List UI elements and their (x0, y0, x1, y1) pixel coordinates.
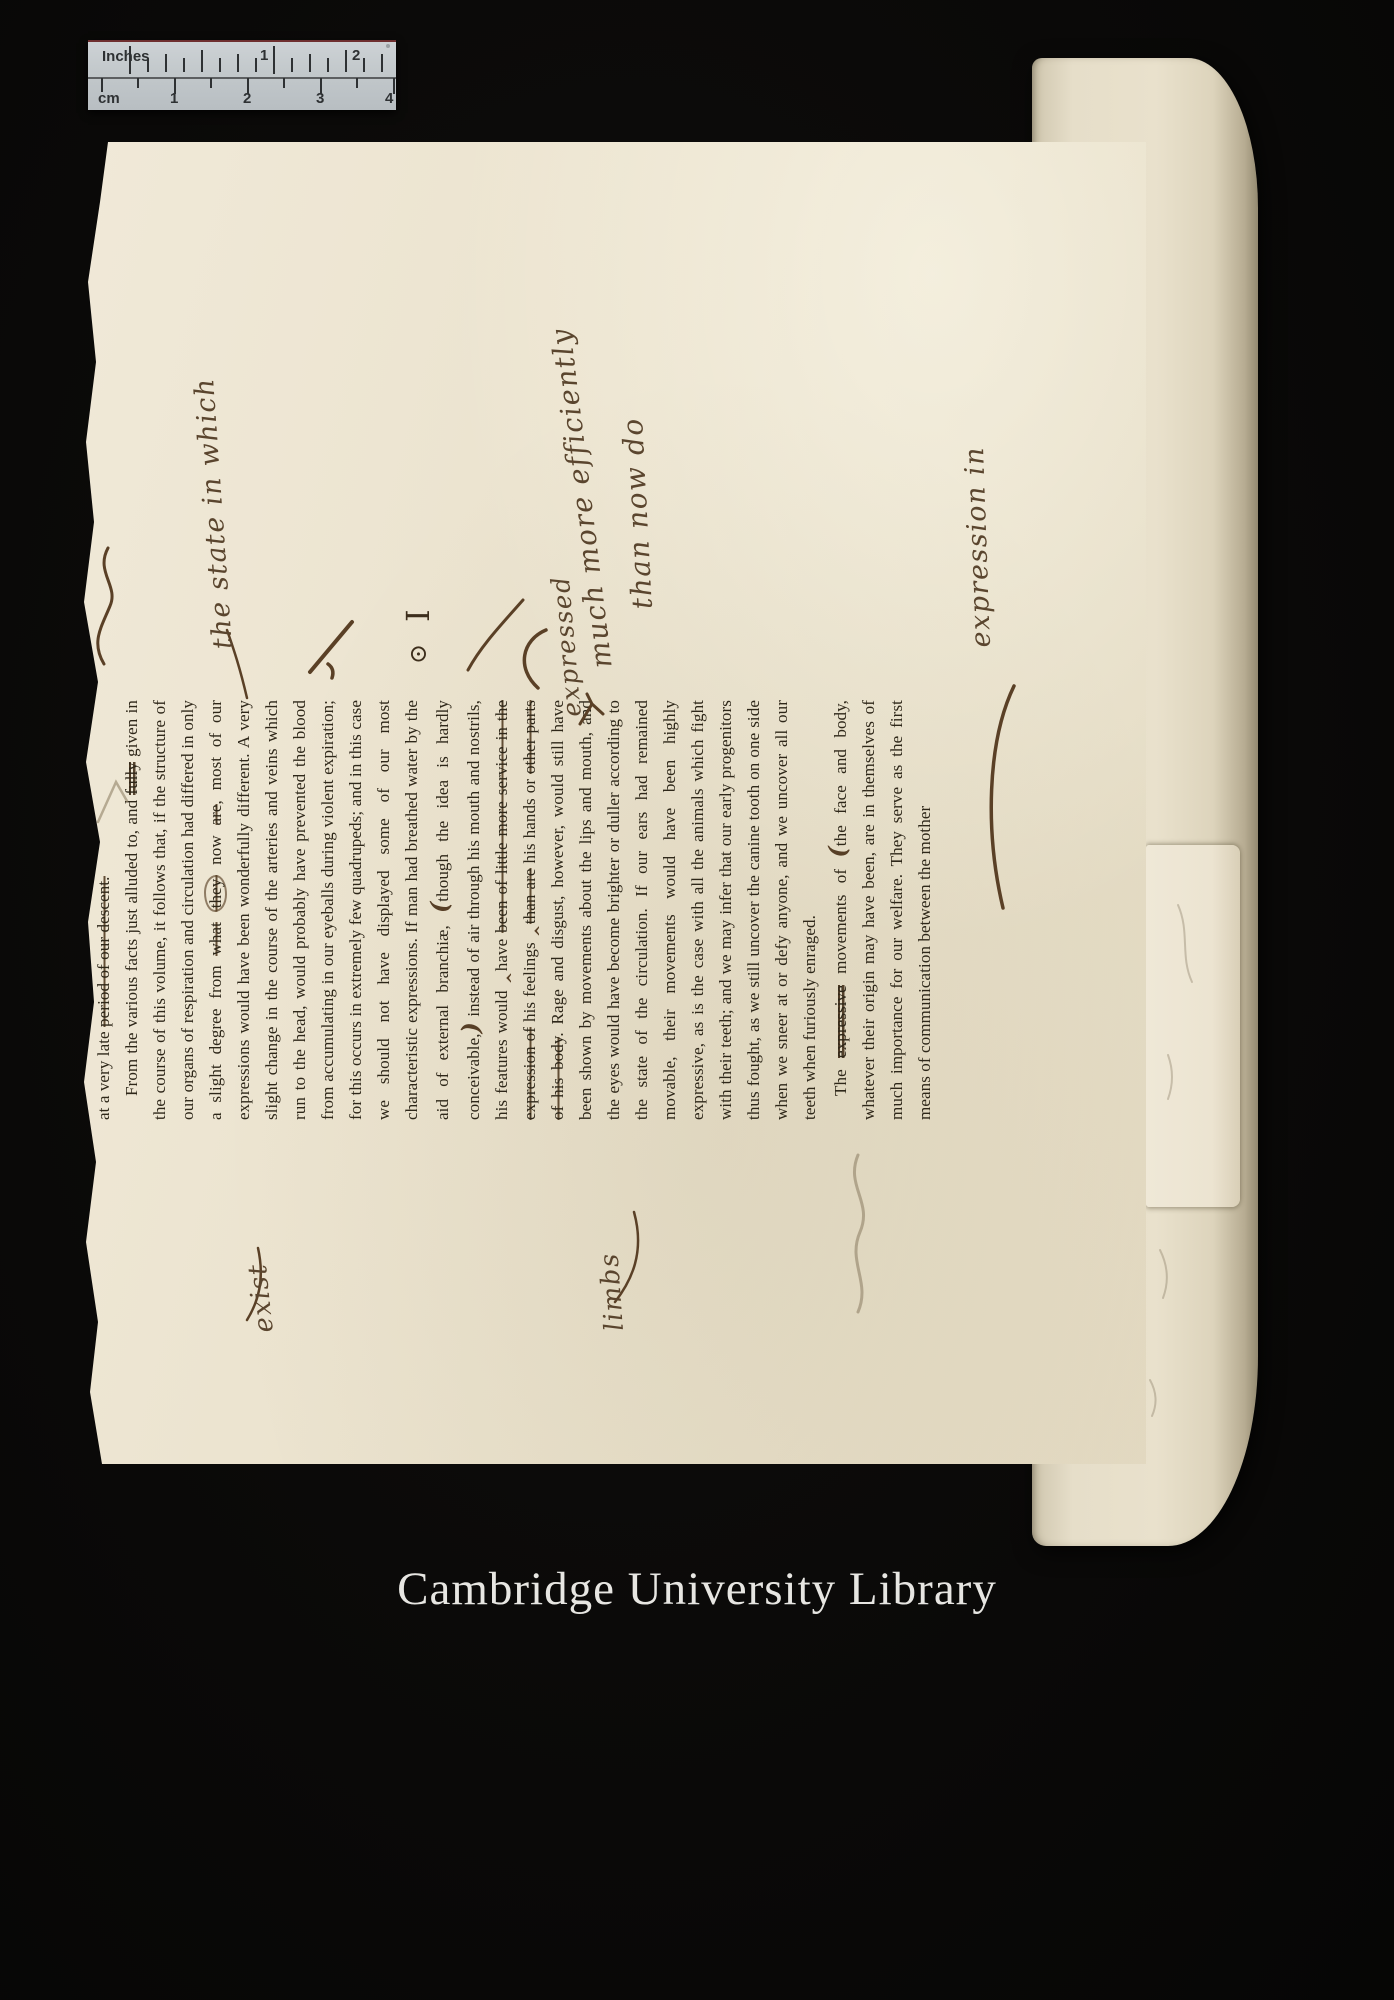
library-caption: Cambridge University Library (0, 1562, 1394, 1616)
proof-mark-roman-numeral: I (399, 609, 437, 622)
scanned-page-viewer: { "ruler": { "inches_label": "Inches", "… (0, 0, 1394, 2000)
proof-mark-circled-dot: ⊙ (404, 644, 432, 664)
proof-marks-overlay (0, 0, 1394, 2000)
annotation-limbs: limbs (595, 1251, 630, 1332)
dust-speck (386, 44, 390, 48)
